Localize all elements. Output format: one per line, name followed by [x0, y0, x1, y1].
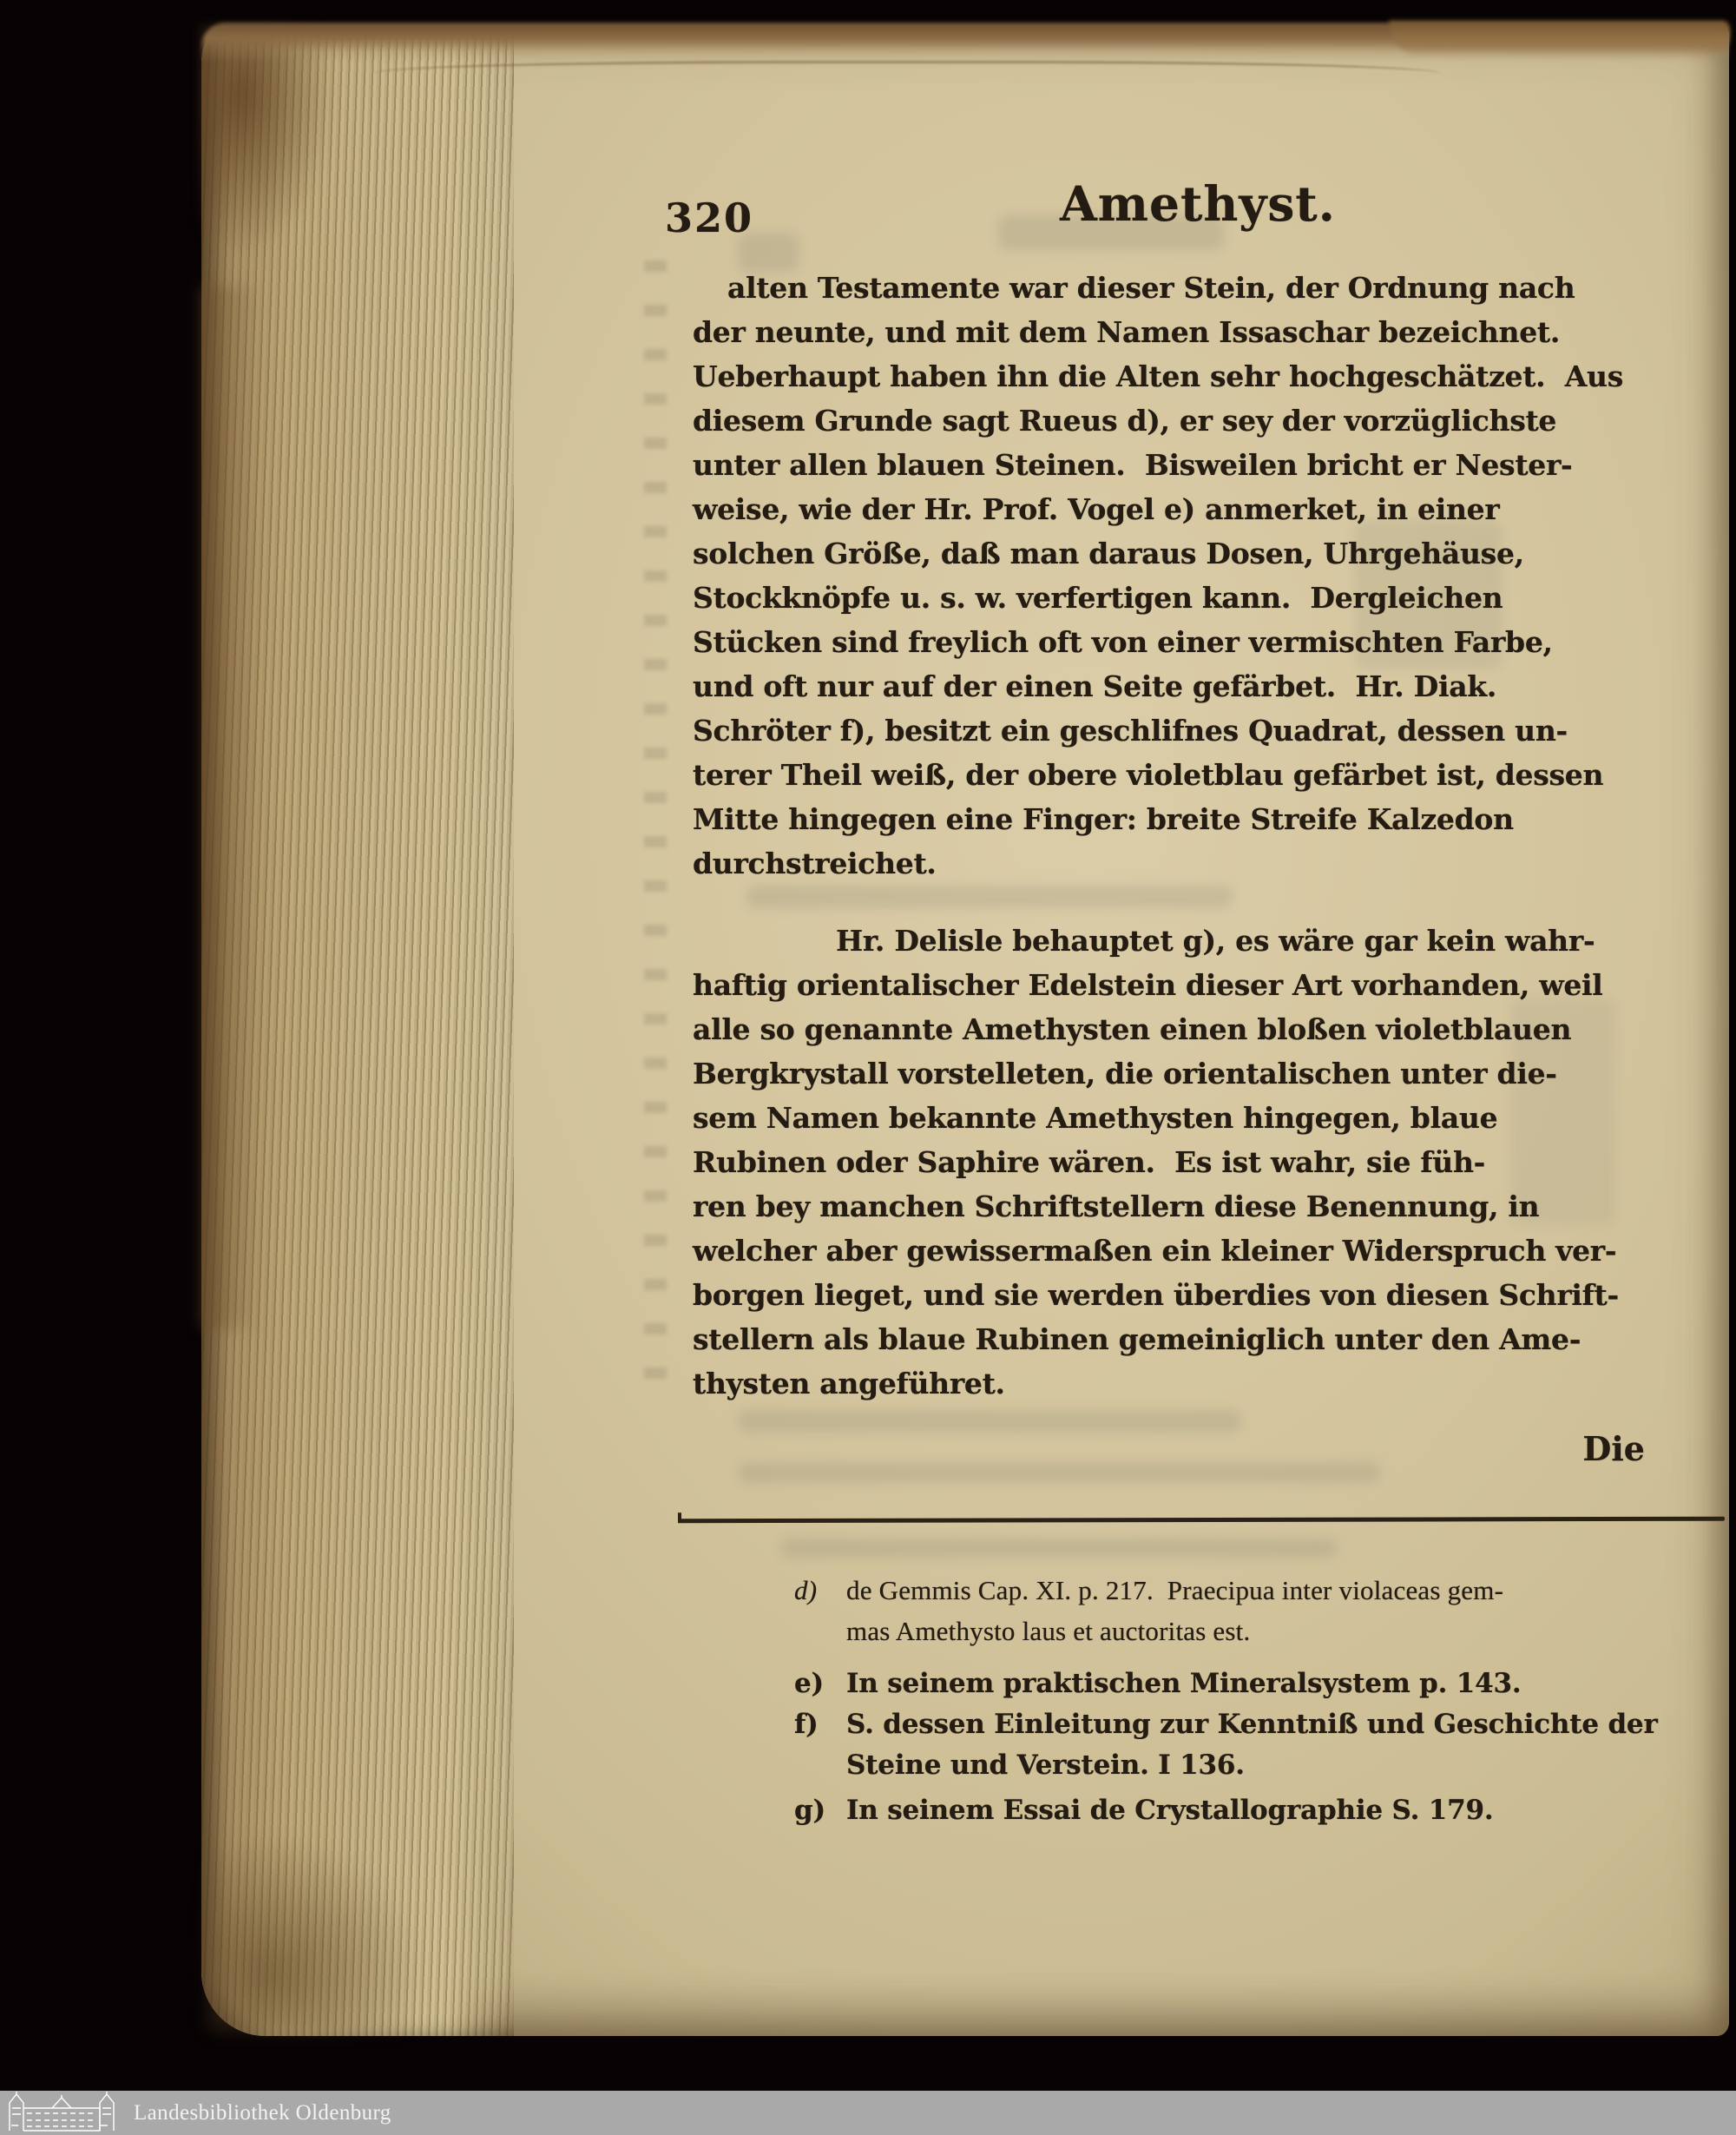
- bleed-smudge: [738, 1410, 1241, 1433]
- margin-specks: [644, 260, 667, 1407]
- text-line: Stücken sind freylich oft von einer verm…: [693, 620, 1539, 664]
- underlying-page-edge: [373, 61, 1441, 86]
- footnote-line: mas Amethysto laus et auctoritas est.: [846, 1611, 1649, 1651]
- text-line: stellern als blaue Rubinen gemeiniglich …: [693, 1317, 1539, 1361]
- text-line: diesem Grunde sagt Rueus d), er sey der …: [693, 399, 1539, 443]
- text-line: durchstreichet.: [693, 841, 1539, 886]
- footnote-marker: g): [794, 1790, 846, 1831]
- footnote-g: g) In seinem Essai de Crystallographie S…: [794, 1790, 1649, 1831]
- library-name-label: Landesbibliothek Oldenburg: [134, 2101, 391, 2125]
- text-line: solchen Größe, daß man daraus Dosen, Uhr…: [693, 531, 1539, 576]
- text-line: haftig orientalischer Edelstein dieser A…: [693, 963, 1539, 1007]
- text-line: ren bey manchen Schriftstellern diese Be…: [693, 1184, 1539, 1229]
- library-building-icon: [7, 2091, 116, 2135]
- worn-edge-patch: [201, 287, 262, 1328]
- footnote-line: Steine und Verstein. I 136.: [846, 1745, 1658, 1786]
- book-scan-photo: 320 Amethyst. alten Testamente war diese…: [0, 0, 1736, 2135]
- bleed-smudge: [746, 886, 1233, 908]
- paragraph-2: Hr. Delisle behauptet g), es wäre gar ke…: [693, 919, 1539, 1406]
- text-line: Mitte hingegen eine Finger: breite Strei…: [693, 797, 1539, 841]
- catchword: Die: [1476, 1429, 1645, 1468]
- library-footer-bar: Landesbibliothek Oldenburg: [0, 2091, 1736, 2135]
- page-number: 320: [665, 194, 753, 241]
- text-line: der neunte, und mit dem Namen Issaschar …: [693, 310, 1539, 354]
- torn-paper-edge: [1389, 21, 1729, 57]
- worn-bottom-patch: [208, 1841, 417, 2032]
- text-line: unter allen blauen Steinen. Bisweilen br…: [693, 443, 1539, 487]
- footnote-line: In seinem Essai de Crystallographie S. 1…: [846, 1790, 1649, 1831]
- text-line: alten Testamente war dieser Stein, der O…: [693, 266, 1539, 310]
- footnote-f: f) S. dessen Einleitung zur Kenntniß und…: [794, 1704, 1649, 1786]
- footnote-line: S. dessen Einleitung zur Kenntniß und Ge…: [846, 1704, 1658, 1745]
- text-line: Schröter f), besitzt ein geschlifnes Qua…: [693, 708, 1539, 753]
- text-line: Hr. Delisle behauptet g), es wäre gar ke…: [693, 919, 1539, 963]
- bleed-smudge: [738, 1462, 1380, 1483]
- text-line: und oft nur auf der einen Seite gefärbet…: [693, 664, 1539, 708]
- text-line: terer Theil weiß, der obere violetblau g…: [693, 753, 1539, 797]
- text-line: borgen lieget, und sie werden überdies v…: [693, 1273, 1539, 1317]
- footnote-d: d) de Gemmis Cap. XI. p. 217. Praecipua …: [794, 1570, 1649, 1651]
- footnote-marker: f): [794, 1704, 846, 1745]
- footnote-marker: e): [794, 1664, 846, 1704]
- footnote-marker: d): [794, 1570, 846, 1611]
- text-line: thysten angeführet.: [693, 1361, 1539, 1406]
- text-line: weise, wie der Hr. Prof. Vogel e) anmerk…: [693, 487, 1539, 531]
- text-line: Stockknöpfe u. s. w. verfertigen kann. D…: [693, 576, 1539, 620]
- text-line: sem Namen bekannte Amethysten hingegen, …: [693, 1096, 1539, 1140]
- text-line: alle so genannte Amethysten einen bloßen…: [693, 1007, 1539, 1051]
- text-line: Bergkrystall vorstelleten, die orientali…: [693, 1051, 1539, 1096]
- text-line: Rubinen oder Saphire wären. Es ist wahr,…: [693, 1140, 1539, 1184]
- footnote-line: In seinem praktischen Mineralsystem p. 1…: [846, 1664, 1649, 1704]
- text-line: welcher aber gewissermaßen ein kleiner W…: [693, 1229, 1539, 1273]
- footnote-line: de Gemmis Cap. XI. p. 217. Praecipua int…: [846, 1570, 1649, 1611]
- running-title: Amethyst.: [981, 175, 1415, 232]
- bleed-smudge: [781, 1539, 1337, 1558]
- paragraph-1: alten Testamente war dieser Stein, der O…: [693, 266, 1539, 886]
- footnote-e: e) In seinem praktischen Mineralsystem p…: [794, 1664, 1649, 1704]
- text-line: Ueberhaupt haben ihn die Alten sehr hoch…: [693, 354, 1539, 399]
